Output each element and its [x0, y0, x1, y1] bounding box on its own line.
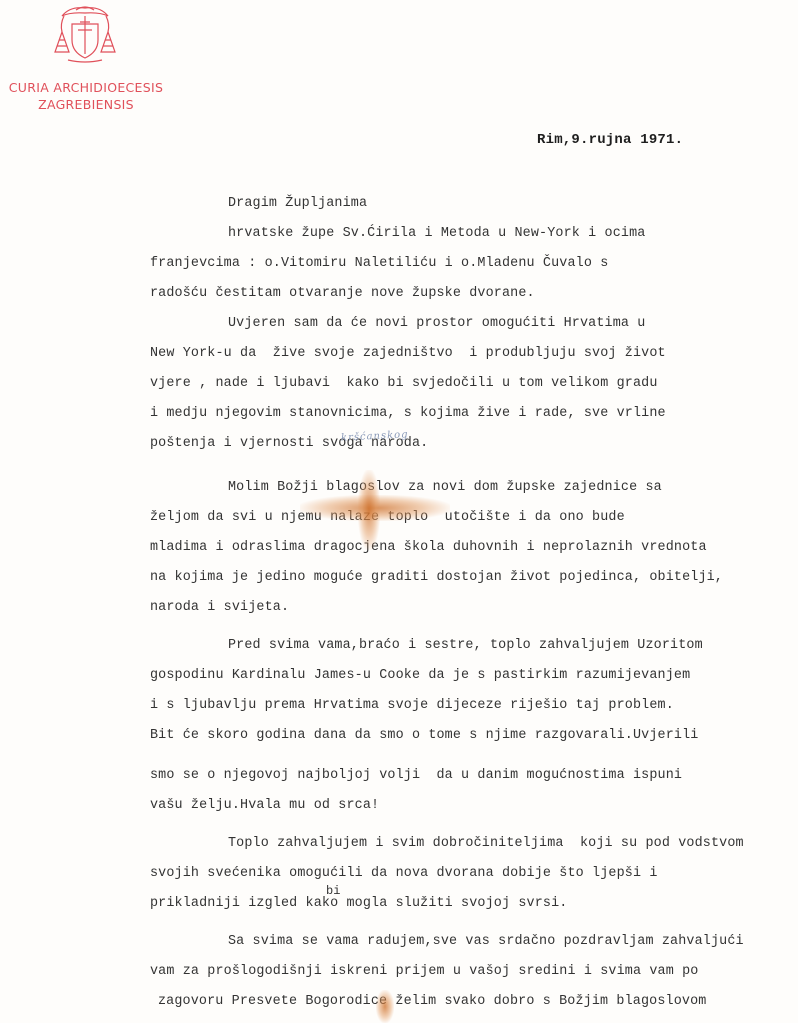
- letter-line: gospodinu Kardinalu James-u Cooke da je …: [150, 668, 690, 683]
- letter-line: franjevcima : o.Vitomiru Naletiliću i o.…: [150, 256, 608, 271]
- letter-line: na kojima je jedino moguće graditi dosto…: [150, 570, 723, 585]
- letter-line: hrvatske župe Sv.Ćirila i Metoda u New-Y…: [228, 226, 645, 241]
- dateline: Rim,9.rujna 1971.: [537, 132, 683, 148]
- letter-line: Molim Božji blagoslov za novi dom župske…: [228, 480, 662, 495]
- letter-line: Bit će skoro godina dana da smo o tome s…: [150, 728, 698, 743]
- letter-line: vašu želju.Hvala mu od srca!: [150, 798, 379, 813]
- letter-line: zagovoru Presvete Bogorodice želim svako…: [158, 994, 706, 1009]
- letter-line: mladima i odraslima dragocjena škola duh…: [150, 540, 707, 555]
- letter-line: naroda i svijeta.: [150, 600, 289, 615]
- letter-line: New York-u da žive svoje zajedništvo i p…: [150, 346, 666, 361]
- letter-line: Toplo zahvaljujem i svim dobročiniteljim…: [228, 836, 744, 851]
- letter-line: Sa svima se vama radujem,sve vas srdačno…: [228, 934, 744, 949]
- interlinear-insert: bi: [326, 884, 340, 898]
- letter-line: Pred svima vama,braćo i sestre, toplo za…: [228, 638, 703, 653]
- letter-line: svojih svećenika omogućili da nova dvora…: [150, 866, 658, 881]
- letterhead-line-2: ZAGREBIENSIS: [0, 97, 172, 112]
- letter-line: vjere , nade i ljubavi kako bi svjedočil…: [150, 376, 658, 391]
- letter-line: vam za prošlogodišnji iskreni prijem u v…: [150, 964, 698, 979]
- letter-line: radošću čestitam otvaranje nove župske d…: [150, 286, 535, 301]
- letter-line: Uvjeren sam da će novi prostor omogućiti…: [228, 316, 645, 331]
- letter-line: smo se o njegovoj najboljoj volji da u d…: [150, 768, 682, 783]
- letter-line: željom da svi u njemu nalaze toplo utoči…: [150, 510, 625, 525]
- letterhead: CURIA ARCHIDIOECESIS ZAGREBIENSIS: [0, 0, 175, 120]
- letter-line: i medju njegovim stanovnicima, s kojima …: [150, 406, 666, 421]
- letter-line: i s ljubavlju prema Hrvatima svoje dijec…: [150, 698, 674, 713]
- letter-line: Dragim Župljanima: [228, 196, 367, 211]
- letter-line: prikladniji izgled kako mogla služiti sv…: [150, 896, 567, 911]
- letterhead-line-1: CURIA ARCHIDIOECESIS: [0, 80, 172, 95]
- cardinal-coat-of-arms-icon: [50, 2, 120, 66]
